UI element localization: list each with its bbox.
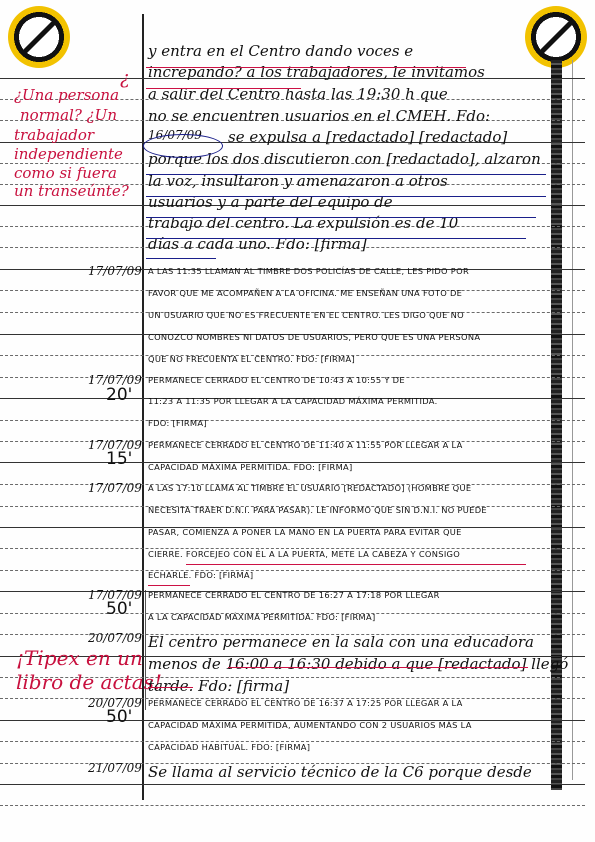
entry-text-line: capacidad máxima permitida. Fdo: [firma]: [148, 462, 353, 472]
entry-text-line: tarde. Fdo: [firma]: [148, 677, 289, 695]
entry-text-line: un usuario que no es frecuente en el cen…: [148, 310, 464, 320]
closure-duration: 20': [106, 385, 132, 405]
entry-text-line: que no frecuenta el centro. Fdo: [firma]: [148, 354, 355, 364]
ruled-line: [0, 570, 585, 571]
blue-underline: [146, 174, 546, 175]
red-underline: [146, 88, 301, 89]
entry-text-line: menos de 16:00 a 16:30 debido a que [red…: [148, 655, 568, 673]
entry-text-line: Se llama al servicio técnico de la C6 po…: [148, 763, 532, 781]
entry-date: 17/07/09: [88, 264, 142, 278]
entry-text-line: cierre. Forcejeo con él a la puerta, met…: [148, 549, 460, 559]
red-underline: [146, 67, 466, 68]
entry-text-line: favor que me acompañen a la oficina. Me …: [148, 288, 462, 298]
entry-text-line: Permanece cerrado el centro de 10:43 a 1…: [148, 375, 405, 385]
date-circle-annotation: [143, 134, 223, 158]
margin-note-line: libro de actas!: [16, 670, 162, 694]
watermark-stamp-left[interactable]: PDF-XChange Viewer: [8, 6, 70, 68]
margin-note-line: como si fuera: [14, 164, 117, 182]
ruled-line: [0, 420, 585, 421]
entry-text-line: El centro permanece en la sala con una e…: [148, 633, 534, 651]
red-underline: [148, 687, 193, 688]
entry-text-line: echarle. Fdo: [firma]: [148, 570, 253, 580]
red-underline: [186, 564, 526, 565]
blue-underline: [146, 258, 216, 259]
entry-text-line: increpando? a los trabajadores, le invit…: [148, 63, 485, 81]
entry-text-line: pasar, comienza a poner la mano en la pu…: [148, 527, 462, 537]
ruled-line: [0, 784, 585, 785]
red-underline: [148, 585, 190, 586]
entry-text-line: 11:23 a 11:35 por llegar a la capacidad …: [148, 396, 438, 406]
entry-text-line: conozco nombres ni datos de usuarios, pe…: [148, 332, 480, 342]
entry-text-line: a la capacidad máxima permitida. Fdo: [f…: [148, 612, 375, 622]
entry-text-line: capacidad máxima permitida, aumentando c…: [148, 720, 472, 730]
entry-date: 20/07/09: [88, 631, 142, 645]
ruled-line: [0, 805, 585, 806]
blue-underline: [146, 217, 536, 218]
closure-duration: 50': [106, 707, 132, 727]
margin-note-line: independiente: [14, 145, 123, 163]
entry-text-line: A las 17:10 llama al timbre el usuario […: [148, 483, 471, 493]
margin-note-line: un transeúnte?: [14, 182, 129, 200]
entry-text-line: necesita traer D.N.I. para pasar). Le in…: [148, 505, 487, 515]
entry-text-line: Permanece cerrado el centro de 16:37 a 1…: [148, 698, 463, 708]
entry-text-line: A las 11:35 llaman al timbre dos policía…: [148, 266, 469, 276]
entry-text-line: y entra en el Centro dando voces e: [148, 42, 413, 60]
red-underline: [228, 667, 528, 668]
entry-text-line: Fdo: [firma]: [148, 418, 207, 428]
entry-text-line: Permanece cerrado el centro de 11:40 a 1…: [148, 440, 463, 450]
entry-text-line: no se encuentren usuarios en el CMEH. Fd…: [148, 107, 490, 125]
entry-text-line: capacidad habitual. Fdo: [firma]: [148, 742, 310, 752]
entry-text-line: Permanece cerrado el centro de 16:27 a 1…: [148, 590, 440, 600]
scan-shadow-edge: [551, 60, 562, 790]
closure-duration: 50': [106, 599, 132, 619]
blue-underline: [146, 196, 546, 197]
margin-note-line: ¡Tipex en un: [16, 646, 143, 670]
margin-note-line: ¿Una persona: [14, 86, 119, 104]
watermark-stamp-right[interactable]: PDF-XChange Viewer: [525, 6, 587, 68]
blue-underline: [146, 238, 526, 239]
margin-note-mark: ¿: [120, 68, 130, 89]
closure-duration: 15': [106, 449, 132, 469]
margin-note-line: normal? ¿Un: [20, 106, 117, 124]
entry-date: 17/07/09: [88, 481, 142, 495]
entry-date: 21/07/09: [88, 761, 142, 775]
margin-note-line: trabajador: [14, 126, 94, 144]
scanned-page: PDF-XChange Viewer PDF-XChange Viewer ¿ …: [0, 0, 595, 842]
entry-text-line: se expulsa a [redactado] [redactado]: [228, 128, 507, 146]
